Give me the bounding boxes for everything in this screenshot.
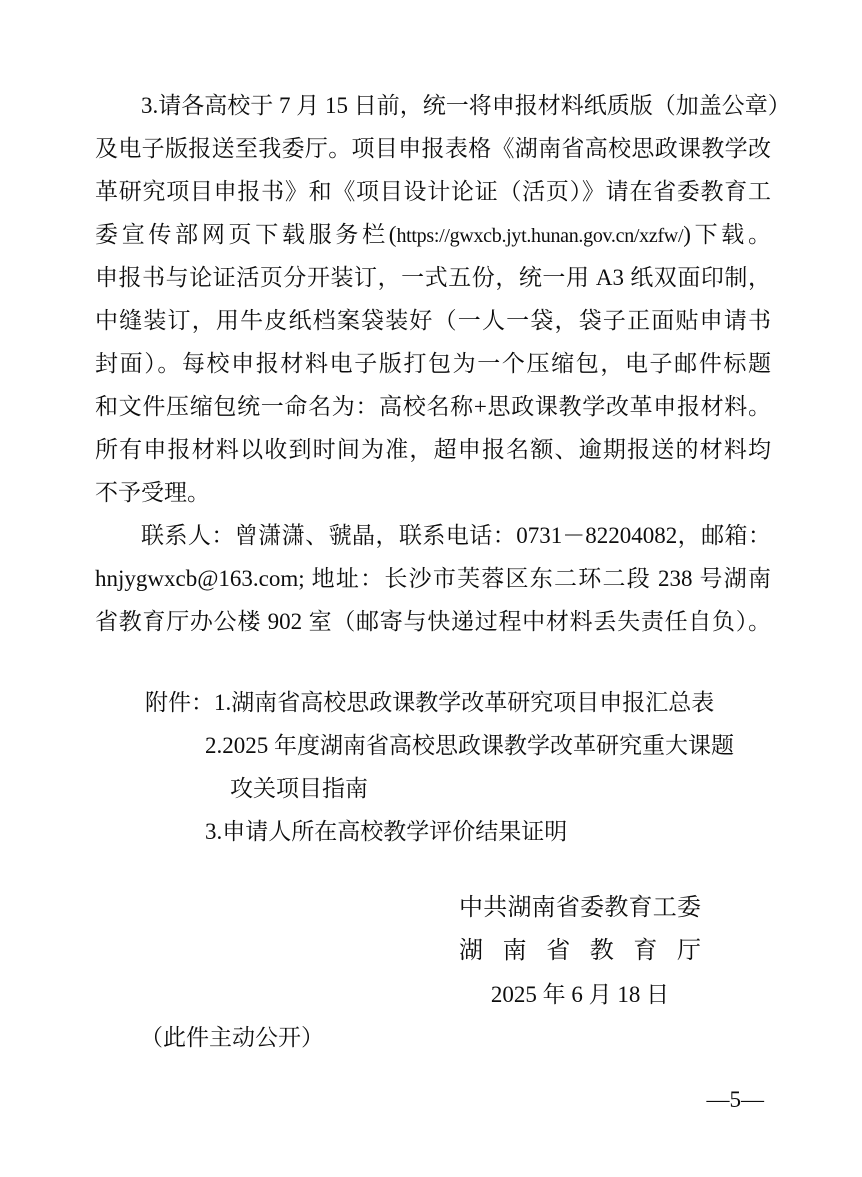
disclosure-note: （此件主动公开） (140, 1016, 771, 1059)
document-body: 3.请各高校于 7 月 15 日前，统一将申报材料纸质版（加盖公章） 及电子版报… (95, 84, 771, 1059)
body-line-6: 中缝装订，用牛皮纸档案袋装好（一人一袋，袋子正面贴申请书 (95, 299, 771, 342)
attachment-item-1-text: 1.湖南省高校思政课教学改革研究项目申报汇总表 (214, 690, 714, 715)
attachment-item-3: 3.申请人所在高校教学评价结果证明 (205, 810, 771, 853)
contact-line-1: 联系人：曾潇潇、虢晶，联系电话：0731－82204082，邮箱： (95, 514, 771, 557)
contact-line-2: hnjygwxcb@163.com; 地址：长沙市芙蓉区东二环二段 238 号湖… (95, 557, 771, 600)
contact-line-3: 省教育厅办公楼 902 室（邮寄与快递过程中材料丢失责任自负）。 (95, 600, 771, 643)
body-line-2: 及电子版报送至我委厅。项目申报表格《湖南省高校思政课教学改 (95, 127, 771, 170)
body-line-8: 和文件压缩包统一命名为：高校名称+思政课教学改革申报材料。 (95, 385, 771, 428)
signature-date: 2025 年 6 月 18 日 (459, 973, 701, 1016)
attachments-block: 附件：1.湖南省高校思政课教学改革研究项目申报汇总表 2.2025 年度湖南省高… (95, 681, 771, 853)
body-line-3: 革研究项目申报书》和《项目设计论证（活页）》请在省委教育工 (95, 170, 771, 213)
signature-org-1: 中共湖南省委教育工委 (459, 887, 701, 930)
body-line-7: 封面）。每校申报材料电子版打包为一个压缩包，电子邮件标题 (95, 342, 771, 385)
url-suffix-text: )下载。 (683, 222, 771, 247)
body-line-5: 申报书与论证活页分开装订，一式五份，统一用 A3 纸双面印制， (95, 256, 771, 299)
body-line-1: 3.请各高校于 7 月 15 日前，统一将申报材料纸质版（加盖公章） (95, 84, 771, 127)
signature-org-2: 湖南省教育厅 (459, 930, 701, 973)
attachment-item-2-continuation: 攻关项目指南 (230, 767, 771, 810)
document-page: 3.请各高校于 7 月 15 日前，统一将申报材料纸质版（加盖公章） 及电子版报… (0, 0, 862, 1177)
body-line-10: 不予受理。 (95, 471, 771, 514)
attachment-item-1: 附件：1.湖南省高校思政课教学改革研究项目申报汇总表 (145, 681, 771, 724)
body-line-9: 所有申报材料以收到时间为准，超申报名额、逾期报送的材料均 (95, 428, 771, 471)
signature-block: 中共湖南省委教育工委 湖南省教育厅 2025 年 6 月 18 日 (459, 887, 701, 1016)
body-line-4: 委宣传部网页下载服务栏(https://gwxcb.jyt.hunan.gov.… (95, 213, 771, 256)
url-prefix-text: 委宣传部网页下载服务栏( (95, 222, 396, 247)
page-number: —5— (707, 1086, 765, 1114)
attachment-item-2: 2.2025 年度湖南省高校思政课教学改革研究重大课题 (205, 724, 771, 767)
download-url-text: https://gwxcb.jyt.hunan.gov.cn/xzfw/ (396, 225, 683, 247)
attachments-label: 附件： (145, 690, 214, 715)
